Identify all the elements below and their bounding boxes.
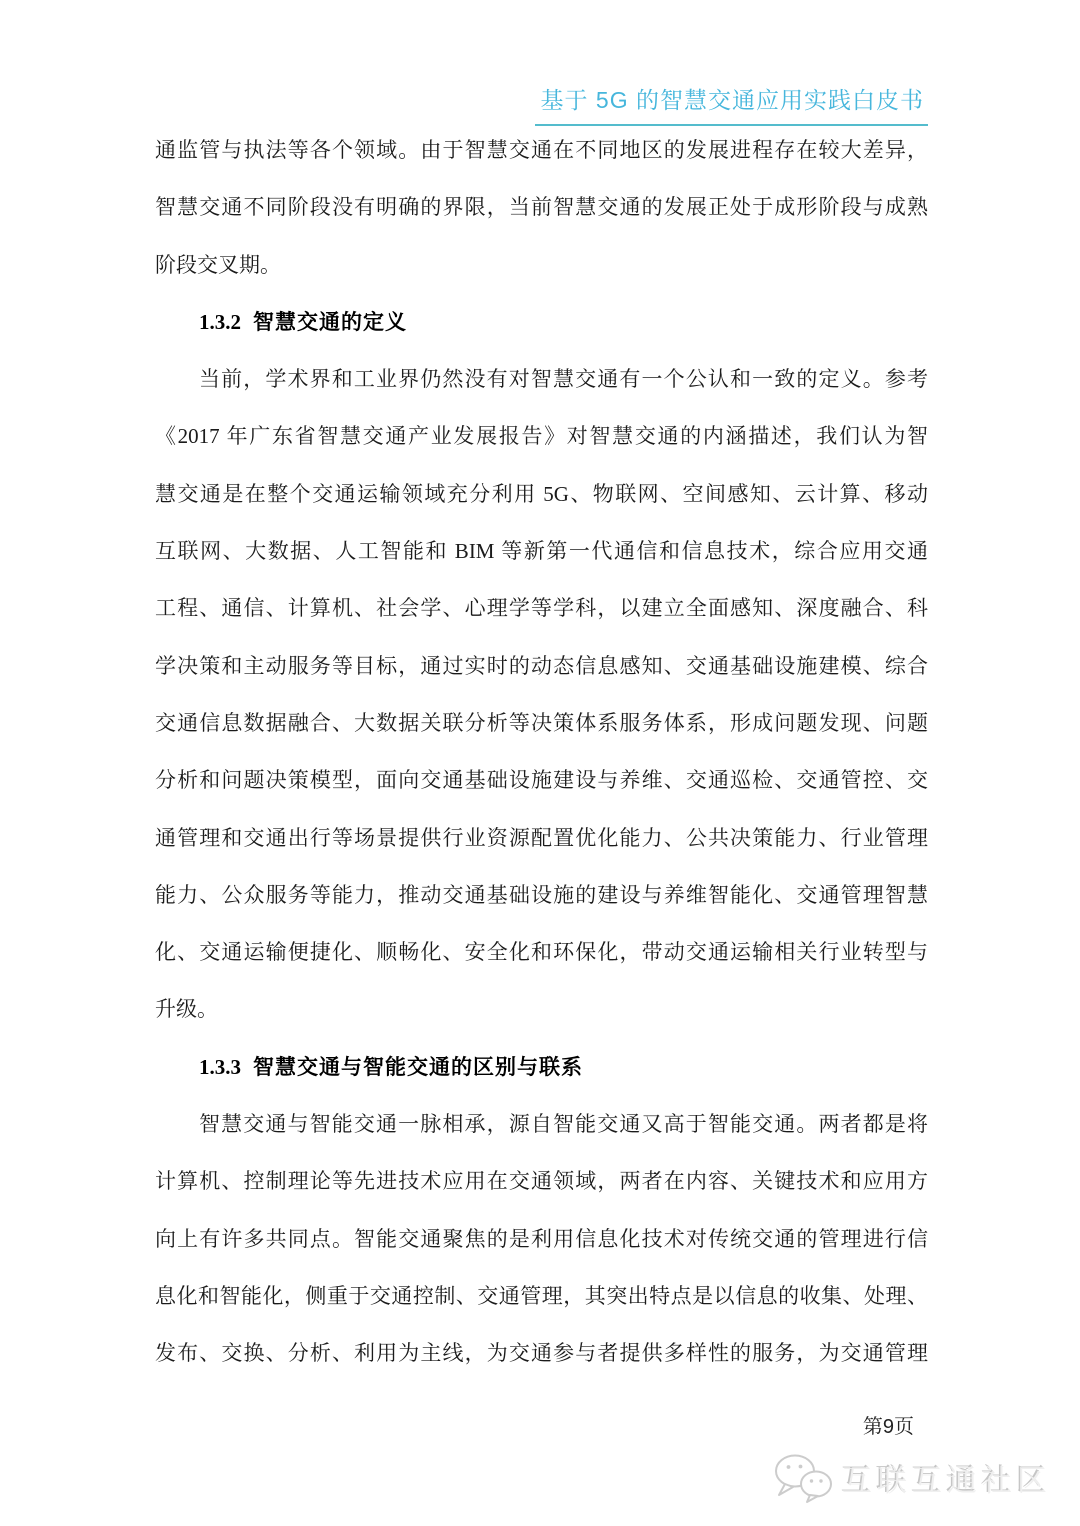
text-line: 智慧交通不同阶段没有明确的界限，当前智慧交通的发展正处于成形阶段与成熟 <box>155 179 928 236</box>
page-header: 基于 5G 的智慧交通应用实践白皮书 <box>155 82 928 126</box>
text-line: 阶段交叉期。 <box>155 237 928 294</box>
text-line: 《2017 年广东省智慧交通产业发展报告》对智慧交通的内涵描述，我们认为智 <box>155 408 928 465</box>
text-line: 通管理和交通出行等场景提供行业资源配置优化能力、公共决策能力、行业管理 <box>155 810 928 867</box>
watermark-label: 互联互通社区 <box>842 1456 1052 1500</box>
text-line: 升级。 <box>155 981 928 1038</box>
watermark: 互联互通社区 <box>772 1452 1052 1504</box>
text-line: 息化和智能化，侧重于交通控制、交通管理，其突出特点是以信息的收集、处理、 <box>155 1268 928 1325</box>
text-line: 慧交通是在整个交通运输领域充分利用 5G、物联网、空间感知、云计算、移动 <box>155 466 928 523</box>
text-line: 通监管与执法等各个领域。由于智慧交通在不同地区的发展进程存在较大差异， <box>155 122 928 179</box>
text-line: 交通信息数据融合、大数据关联分析等决策体系服务体系，形成问题发现、问题 <box>155 695 928 752</box>
text-line: 能力、公众服务等能力，推动交通基础设施的建设与养维智能化、交通管理智慧 <box>155 867 928 924</box>
heading-title: 智慧交通与智能交通的区别与联系 <box>253 1056 583 1079</box>
text-line: 向上有许多共同点。智能交通聚焦的是利用信息化技术对传统交通的管理进行信 <box>155 1211 928 1268</box>
heading-title: 智慧交通的定义 <box>253 311 407 334</box>
text-line: 化、交通运输便捷化、顺畅化、安全化和环保化，带动交通运输相关行业转型与 <box>155 924 928 981</box>
text-line: 互联网、大数据、人工智能和 BIM 等新第一代通信和信息技术，综合应用交通 <box>155 523 928 580</box>
wechat-icon <box>772 1452 834 1504</box>
text-line: 分析和问题决策模型，面向交通基础设施建设与养维、交通巡检、交通管控、交 <box>155 752 928 809</box>
document-title: 基于 5G 的智慧交通应用实践白皮书 <box>535 82 928 126</box>
section-heading-1-3-2: 1.3.2智慧交通的定义 <box>155 294 928 351</box>
text-line: 当前，学术界和工业界仍然没有对智慧交通有一个公认和一致的定义。参考 <box>155 351 928 408</box>
text-line: 学决策和主动服务等目标，通过实时的动态信息感知、交通基础设施建模、综合 <box>155 638 928 695</box>
text-line: 计算机、控制理论等先进技术应用在交通领域，两者在内容、关键技术和应用方 <box>155 1153 928 1210</box>
heading-number: 1.3.2 <box>199 310 241 334</box>
text-line: 智慧交通与智能交通一脉相承，源自智能交通又高于智能交通。两者都是将 <box>155 1096 928 1153</box>
text-line: 工程、通信、计算机、社会学、心理学等学科，以建立全面感知、深度融合、科 <box>155 580 928 637</box>
page-number: 第9页 <box>863 1410 914 1439</box>
document-page: 基于 5G 的智慧交通应用实践白皮书 通监管与执法等各个领域。由于智慧交通在不同… <box>0 0 1080 1526</box>
content-area: 通监管与执法等各个领域。由于智慧交通在不同地区的发展进程存在较大差异， 智慧交通… <box>155 122 928 1383</box>
heading-number: 1.3.3 <box>199 1055 241 1079</box>
text-line: 发布、交换、分析、利用为主线，为交通参与者提供多样性的服务，为交通管理 <box>155 1325 928 1382</box>
section-heading-1-3-3: 1.3.3智慧交通与智能交通的区别与联系 <box>155 1039 928 1096</box>
